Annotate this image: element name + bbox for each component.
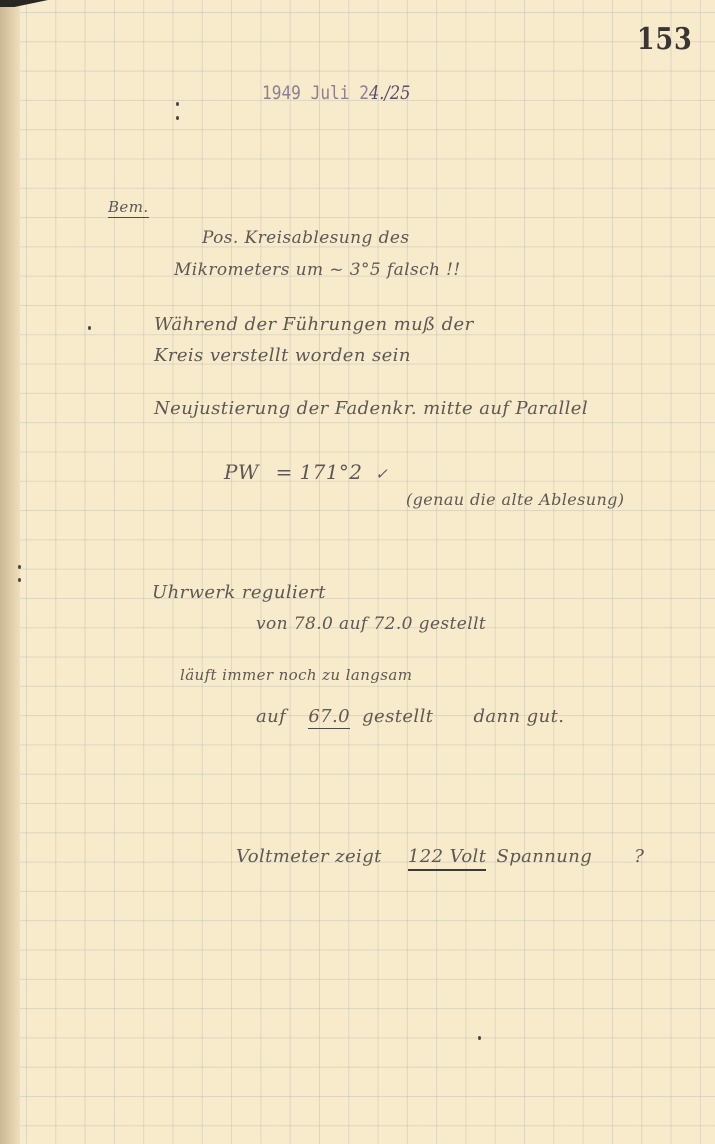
uhrwerk-value: 67.0: [308, 706, 350, 729]
note-line: Kreis verstellt worden sein: [154, 345, 411, 366]
uhrwerk-final-line: auf 67.0 gestellt dann gut.: [256, 706, 564, 727]
page-binding-edge: [0, 0, 20, 1144]
pw-label: PW: [224, 460, 259, 484]
checkmark-icon: ✓: [375, 465, 388, 483]
date-stamp: 1949 Juli 24./25: [262, 82, 410, 104]
note-line: Pos. Kreisablesung des: [202, 228, 409, 248]
pw-reading: PW = 171°2 ✓: [224, 460, 388, 484]
margin-mark: [18, 565, 21, 569]
margin-mark: [88, 326, 91, 330]
margin-mark: [478, 1036, 481, 1040]
margin-mark: [176, 116, 179, 120]
note-line: läuft immer noch zu langsam: [180, 666, 412, 684]
pw-value: = 171°2: [276, 460, 363, 484]
note-line: Während der Führungen muß der: [154, 314, 474, 335]
note-line: Neujustierung der Fadenkr. mitte auf Par…: [154, 398, 588, 419]
margin-mark: [18, 578, 21, 582]
note-line: (genau die alte Ablesung): [406, 490, 624, 509]
stamp-date-printed: 1949 Juli 2: [262, 82, 369, 104]
note-line: Mikrometers um ~ 3°5 falsch !!: [174, 260, 461, 280]
voltmeter-line: Voltmeter zeigt 122 Volt Spannung ?: [236, 846, 644, 867]
note-line: von 78.0 auf 72.0 gestellt: [256, 614, 486, 634]
voltage-value: 122 Volt: [408, 846, 486, 871]
note-line: Uhrwerk reguliert: [152, 582, 326, 603]
page-number: 153: [637, 22, 693, 57]
margin-mark: [176, 102, 179, 106]
stamp-date-handwritten: 4./25: [369, 82, 410, 104]
notebook-page: 153 1949 Juli 24./25 Bem. Pos. Kreisable…: [0, 0, 715, 1144]
note-heading: Bem.: [108, 198, 149, 216]
page-corner-shadow: [0, 0, 48, 7]
question-mark: ?: [634, 846, 644, 867]
